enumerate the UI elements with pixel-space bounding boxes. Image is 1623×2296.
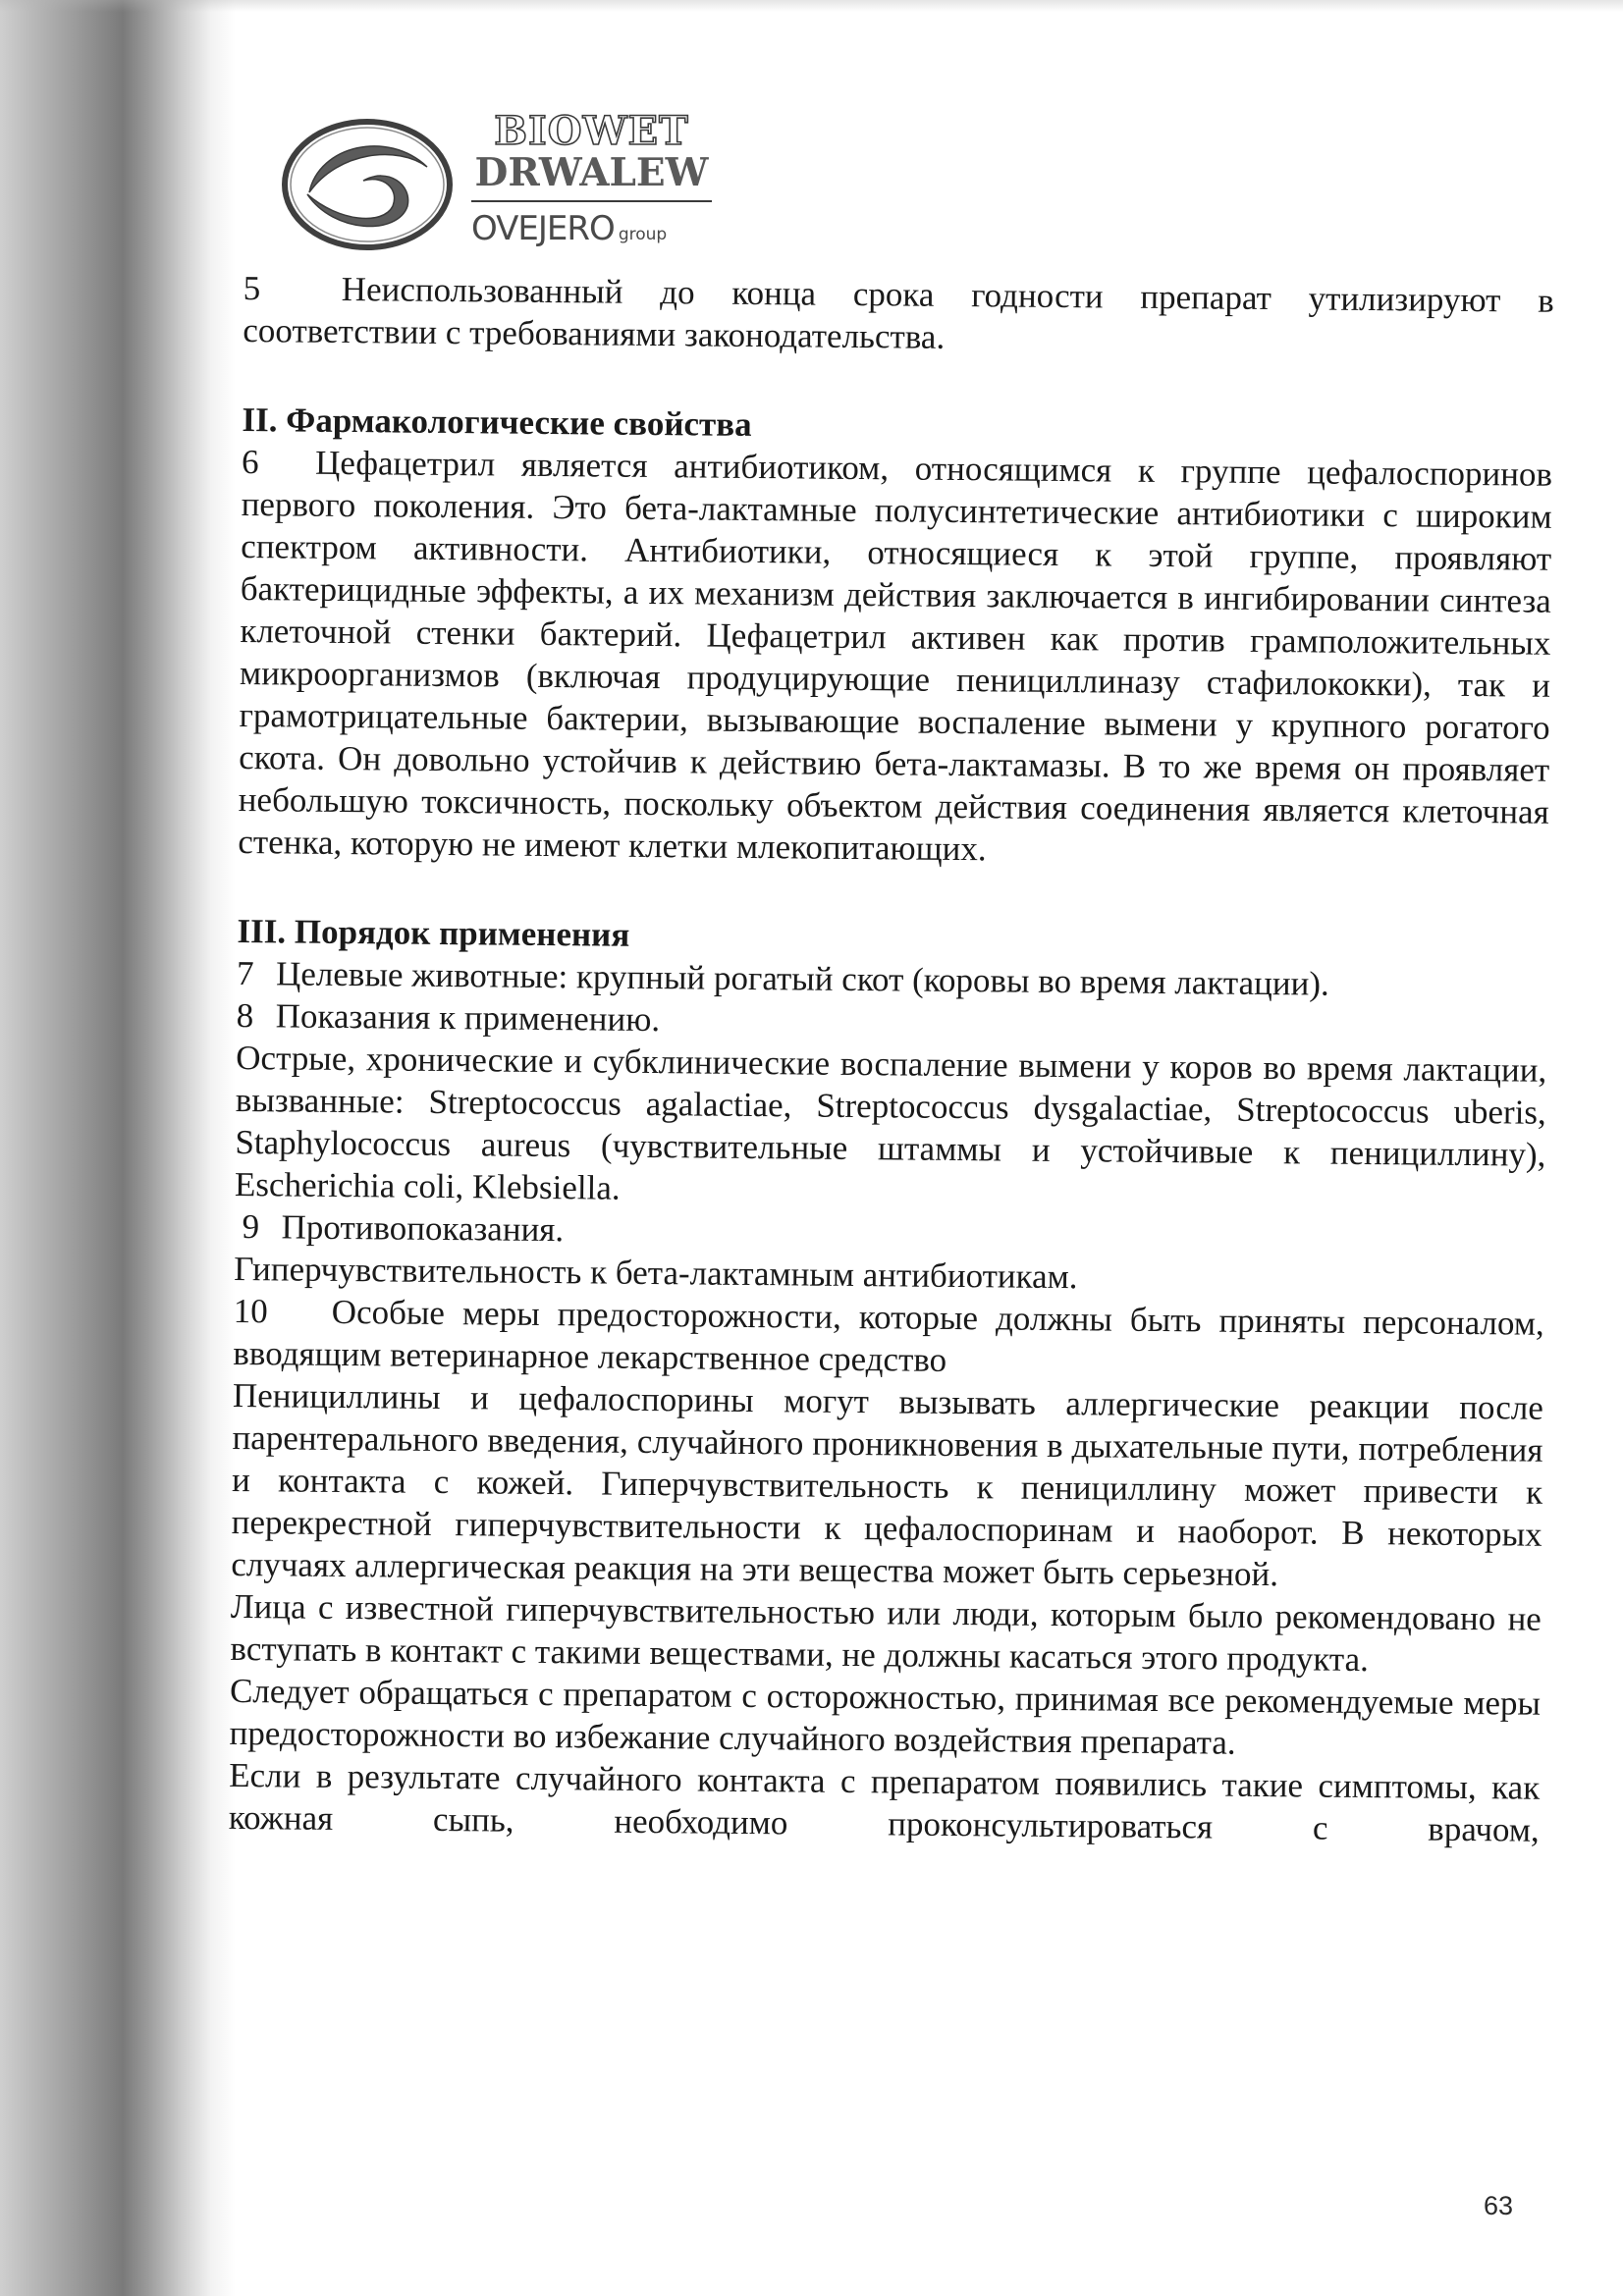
logo-group-text: group [619,225,667,244]
logo-biowet: BIOWET [471,110,712,153]
logo-divider [471,200,712,202]
logo-ovejero: OVEJEROgroup [471,210,712,253]
company-logo: BIOWET DRWALEW OVEJEROgroup [280,110,712,257]
scan-binding-shadow [0,0,236,2296]
logo-drwalew: DRWALEW [471,153,712,192]
item-number: 9 [242,1205,281,1248]
item-number: 10 [234,1290,332,1333]
item-number: 6 [242,441,315,484]
item-6: 6Цефацетрил является антибиотиком, относ… [238,441,1552,876]
item-10-paragraph: Пенициллины и цефалоспорины могут вызыва… [231,1374,1543,1598]
item-10-paragraph: Следует обращаться с препаратом с осторо… [229,1670,1541,1767]
item-title: Показания к применению. [275,996,660,1039]
logo-wordmark: BIOWET DRWALEW OVEJEROgroup [471,110,712,253]
page-number: 63 [1484,2191,1513,2221]
item-8-text: Острые, хронические и субклинические вос… [235,1037,1547,1218]
item-text: Неиспользованный до конца срока годности… [243,270,1554,356]
scan-top-shadow [0,0,1623,12]
item-title: Особые меры предосторожности, которые до… [233,1293,1544,1379]
item-number: 7 [237,952,276,994]
item-title: Противопоказания. [281,1207,564,1249]
logo-ovejero-text: OVEJERO [471,209,615,248]
document-body: 5Неиспользованный до конца срока годност… [229,267,1554,1851]
item-10-paragraph: Лица с известной гиперчувствительностью … [230,1585,1542,1682]
item-10-title: 10Особые меры предосторожности, которые … [233,1290,1544,1387]
item-number: 5 [243,267,342,310]
item-number: 8 [236,994,275,1037]
item-5: 5Неиспользованный до конца срока годност… [243,267,1554,364]
eye-swoosh-logo-icon [280,116,455,253]
item-text: Цефацетрил является антибиотиком, относя… [238,444,1552,869]
item-10-paragraph: Если в результате случайного контакта с … [229,1754,1541,1851]
